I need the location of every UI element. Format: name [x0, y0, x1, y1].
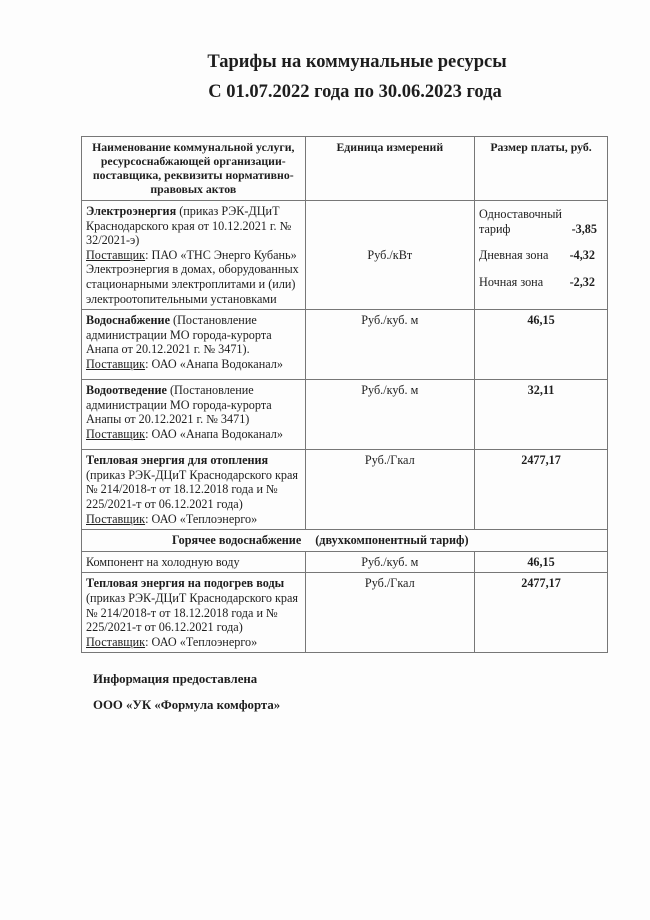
- unit-value: Руб./куб. м: [361, 383, 418, 397]
- header-unit: Единица измерений: [305, 137, 475, 201]
- unit-value: Руб./Гкал: [365, 576, 415, 590]
- price-cell: 2477,17: [475, 450, 608, 530]
- hot-water-section-title: Горячее водоснабжение(двухкомпонентный т…: [82, 530, 608, 552]
- table-row-water-heating: Тепловая энергия на подогрев воды (прика…: [82, 573, 608, 653]
- price-value: 2477,17: [521, 453, 561, 467]
- unit-cell: Руб./Гкал: [305, 450, 475, 530]
- supplier-label: Поставщик: [86, 512, 145, 526]
- unit-cell: Руб./кВт: [305, 201, 475, 310]
- zone-day: Дневная зона -4,32: [479, 248, 603, 263]
- service-name: Электроэнергия: [86, 204, 176, 218]
- unit-cell: Руб./Гкал: [305, 573, 475, 653]
- unit-cell: Руб./куб. м: [305, 310, 475, 380]
- table-row-heating: Тепловая энергия для отопления (приказ Р…: [82, 450, 608, 530]
- service-name: Водоотведение: [86, 383, 167, 397]
- document-period: С 01.07.2022 года по 30.06.2023 года: [30, 82, 650, 103]
- table-row-hot-water-header: Горячее водоснабжение(двухкомпонентный т…: [82, 530, 608, 552]
- unit-value: Руб./куб. м: [361, 313, 418, 327]
- zone-value: -3,85: [572, 222, 597, 237]
- supplier-name: : ПАО «ТНС Энерго Кубань»: [145, 248, 297, 262]
- document-title: Тарифы на коммунальные ресурсы: [32, 52, 650, 73]
- footer-info-line: Информация предоставлена: [93, 672, 257, 687]
- tariffs-table: Наименование коммунальной услуги, ресурс…: [81, 136, 608, 653]
- zone-night: Ночная зона -2,32: [479, 275, 603, 290]
- zone-value: -2,32: [570, 275, 595, 290]
- table-row-water-supply: Водоснабжение (Постановление администрац…: [82, 310, 608, 380]
- footer-company: ООО «УК «Формула комфорта»: [93, 698, 280, 713]
- zone-value: -4,32: [570, 248, 595, 263]
- price-cell: Одноставочный тариф -3,85 Дневная зона -…: [475, 201, 608, 310]
- table-row-sewage: Водоотведение (Постановление администрац…: [82, 380, 608, 450]
- price-value: 32,11: [528, 383, 555, 397]
- service-note: Электроэнергия в домах, оборудованных ст…: [86, 262, 299, 305]
- zone-single: Одноставочный тариф -3,85: [479, 207, 603, 236]
- service-details: (приказ РЭК-ДЦиТ Краснодарского края № 2…: [86, 468, 298, 511]
- price-value: 46,15: [527, 555, 554, 569]
- price-value: 2477,17: [521, 576, 561, 590]
- table-row-cold-water-component: Компонент на холодную воду Руб./куб. м 4…: [82, 551, 608, 573]
- supplier-name: : ОАО «Анапа Водоканал»: [145, 427, 283, 441]
- service-details: (приказ РЭК-ДЦиТ Краснодарского края № 2…: [86, 591, 298, 634]
- price-cell: 46,15: [475, 551, 608, 573]
- service-name: Тепловая энергия для отопления: [86, 453, 268, 467]
- price-cell: 46,15: [475, 310, 608, 380]
- hot-water-subtitle: (двухкомпонентный тариф): [315, 533, 468, 547]
- supplier-label: Поставщик: [86, 248, 145, 262]
- service-cell: Водоотведение (Постановление администрац…: [82, 380, 306, 450]
- supplier-name: : ОАО «Теплоэнерго»: [145, 512, 257, 526]
- service-cell: Тепловая энергия для отопления (приказ Р…: [82, 450, 306, 530]
- supplier-label: Поставщик: [86, 427, 145, 441]
- unit-cell: Руб./куб. м: [305, 380, 475, 450]
- unit-value: Руб./Гкал: [365, 453, 415, 467]
- service-cell: Тепловая энергия на подогрев воды (прика…: [82, 573, 306, 653]
- table-row-electricity: Электроэнергия (приказ РЭК-ДЦиТ Краснода…: [82, 201, 608, 310]
- price-cell: 2477,17: [475, 573, 608, 653]
- service-name: Водоснабжение: [86, 313, 170, 327]
- service-cell: Электроэнергия (приказ РЭК-ДЦиТ Краснода…: [82, 201, 306, 310]
- supplier-name: : ОАО «Теплоэнерго»: [145, 635, 257, 649]
- unit-value: Руб./кВт: [367, 248, 412, 262]
- supplier-name: : ОАО «Анапа Водоканал»: [145, 357, 283, 371]
- zone-label: Одноставочный тариф: [479, 207, 559, 236]
- service-cell: Водоснабжение (Постановление администрац…: [82, 310, 306, 380]
- header-price: Размер платы, руб.: [475, 137, 608, 201]
- service-name: Компонент на холодную воду: [86, 555, 240, 569]
- supplier-label: Поставщик: [86, 357, 145, 371]
- supplier-label: Поставщик: [86, 635, 145, 649]
- price-cell: 32,11: [475, 380, 608, 450]
- table-header-row: Наименование коммунальной услуги, ресурс…: [82, 137, 608, 201]
- service-cell: Компонент на холодную воду: [82, 551, 306, 573]
- hot-water-title: Горячее водоснабжение: [172, 533, 301, 547]
- unit-cell: Руб./куб. м: [305, 551, 475, 573]
- service-name: Тепловая энергия на подогрев воды: [86, 576, 284, 590]
- unit-value: Руб./куб. м: [361, 555, 418, 569]
- price-value: 46,15: [527, 313, 554, 327]
- zone-label: Дневная зона: [479, 248, 548, 263]
- zone-label: Ночная зона: [479, 275, 543, 290]
- header-service: Наименование коммунальной услуги, ресурс…: [82, 137, 306, 201]
